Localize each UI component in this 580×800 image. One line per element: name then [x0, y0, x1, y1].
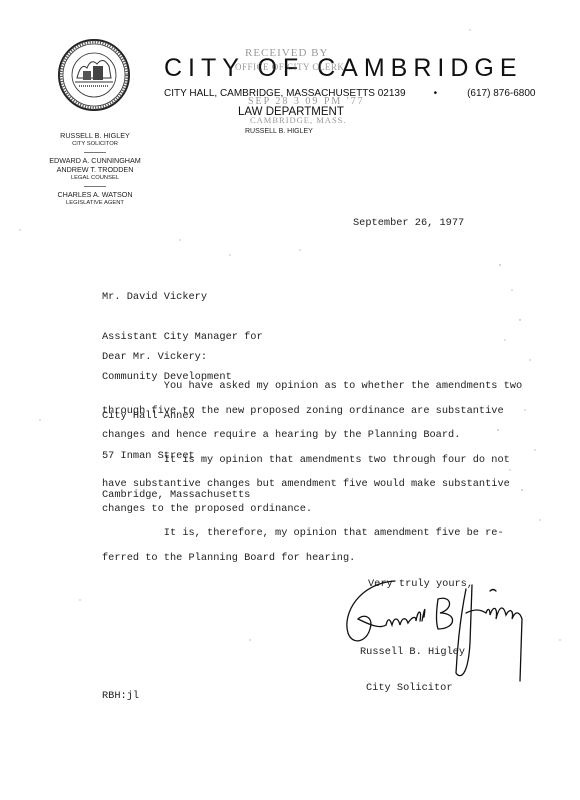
body-line: changes to the proposed ordinance.: [102, 503, 312, 515]
body-line: It is my opinion that amendments two thr…: [102, 454, 510, 466]
signer-title: City Solicitor: [360, 682, 465, 694]
body-line: through five to the new proposed zoning …: [102, 405, 504, 417]
city-seal-icon: [57, 38, 131, 112]
staff-role: LEGAL COUNSEL: [10, 174, 180, 183]
staff-role: LEGISLATIVE AGENT: [10, 199, 180, 208]
staff-name: ANDREW T. TRODDEN: [10, 165, 180, 174]
staff-name: RUSSELL B. HIGLEY: [10, 131, 180, 140]
staff-name: EDWARD A. CUNNINGHAM: [10, 156, 180, 165]
bullet-separator: •: [434, 88, 438, 99]
signer-name: Russell B. Higley: [360, 646, 465, 658]
body-line: changes and hence require a hearing by t…: [102, 429, 460, 441]
recipient-line: Assistant City Manager for: [102, 331, 263, 344]
received-stamp-line1: RECEIVED BY: [245, 47, 328, 59]
staff-role: CITY SOLICITOR: [10, 140, 180, 149]
received-stamp-line4: CAMBRIDGE, MASS.: [250, 115, 347, 125]
divider: [84, 186, 106, 187]
signer-block: Russell B. Higley City Solicitor: [360, 622, 465, 706]
divider: [84, 152, 106, 153]
staff-name: CHARLES A. WATSON: [10, 190, 180, 199]
body-line: You have asked my opinion as to whether …: [102, 380, 522, 392]
typist-initials: RBH:jl: [102, 690, 139, 702]
recipient-line: Cambridge, Massachusetts: [102, 489, 263, 502]
body-line: have substantive changes but amendment f…: [102, 478, 510, 490]
body-line: It is, therefore, my opinion that amendm…: [102, 527, 504, 539]
received-stamp-line3: SEP 28 3 09 PM '77: [248, 96, 365, 107]
letterhead-department-head: RUSSELL B. HIGLEY: [245, 128, 313, 135]
body-line: ferred to the Planning Board for hearing…: [102, 552, 355, 564]
salutation: Dear Mr. Vickery:: [102, 351, 207, 363]
recipient-line: Mr. David Vickery: [102, 291, 263, 304]
letterhead-phone: (617) 876-6800: [467, 88, 535, 99]
letter-date: September 26, 1977: [353, 217, 464, 229]
received-stamp-line2: OFFICE OF CITY CLERK: [235, 62, 344, 72]
staff-list: RUSSELL B. HIGLEY CITY SOLICITOR EDWARD …: [10, 131, 180, 208]
